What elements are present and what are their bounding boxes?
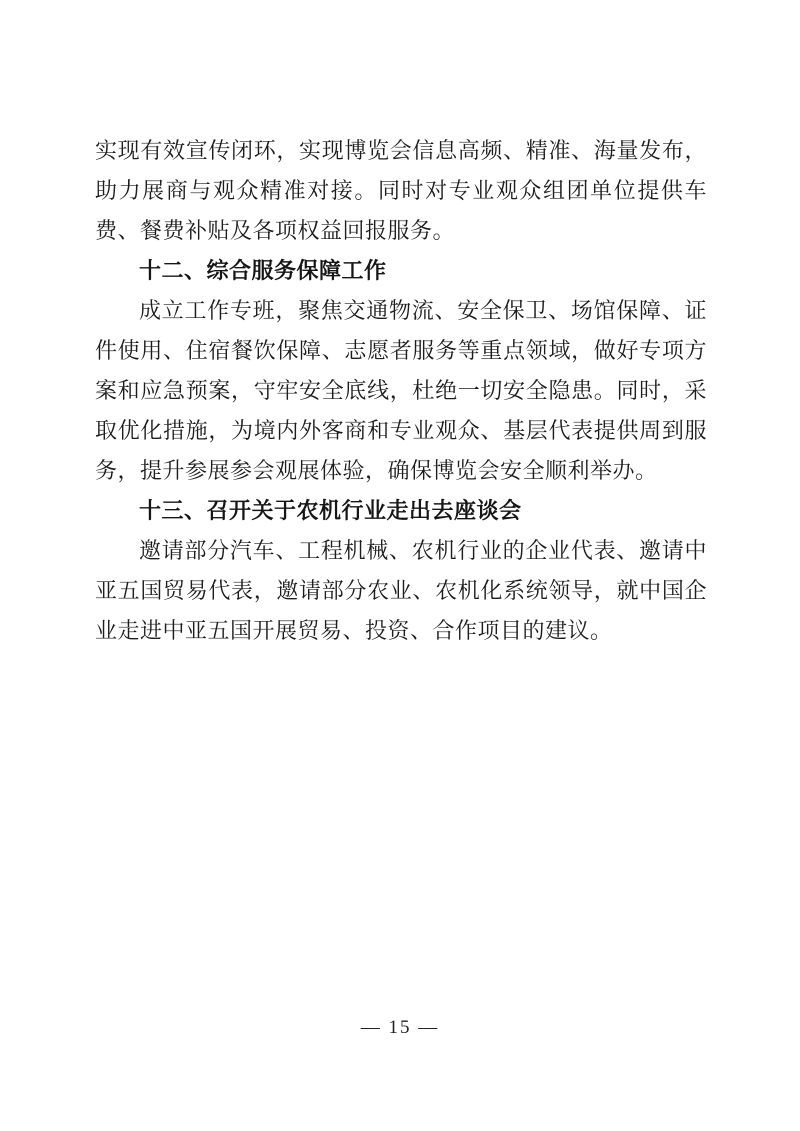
- paragraph-continuation: 实现有效宣传闭环，实现博览会信息高频、精准、海量发布，助力展商与观众精准对接。同…: [95, 131, 707, 251]
- document-body: 实现有效宣传闭环，实现博览会信息高频、精准、海量发布，助力展商与观众精准对接。同…: [95, 131, 707, 651]
- paragraph-section-12: 成立工作专班，聚焦交通物流、安全保卫、场馆保障、证件使用、住宿餐饮保障、志愿者服…: [95, 291, 707, 491]
- page-number: — 15 —: [0, 1013, 800, 1043]
- paragraph-section-13: 邀请部分汽车、工程机械、农机行业的企业代表、邀请中亚五国贸易代表，邀请部分农业、…: [95, 531, 707, 651]
- document-page: 实现有效宣传闭环，实现博览会信息高频、精准、海量发布，助力展商与观众精准对接。同…: [0, 0, 800, 1131]
- section-heading-13: 十三、召开关于农机行业走出去座谈会: [95, 491, 707, 531]
- section-heading-12: 十二、综合服务保障工作: [95, 251, 707, 291]
